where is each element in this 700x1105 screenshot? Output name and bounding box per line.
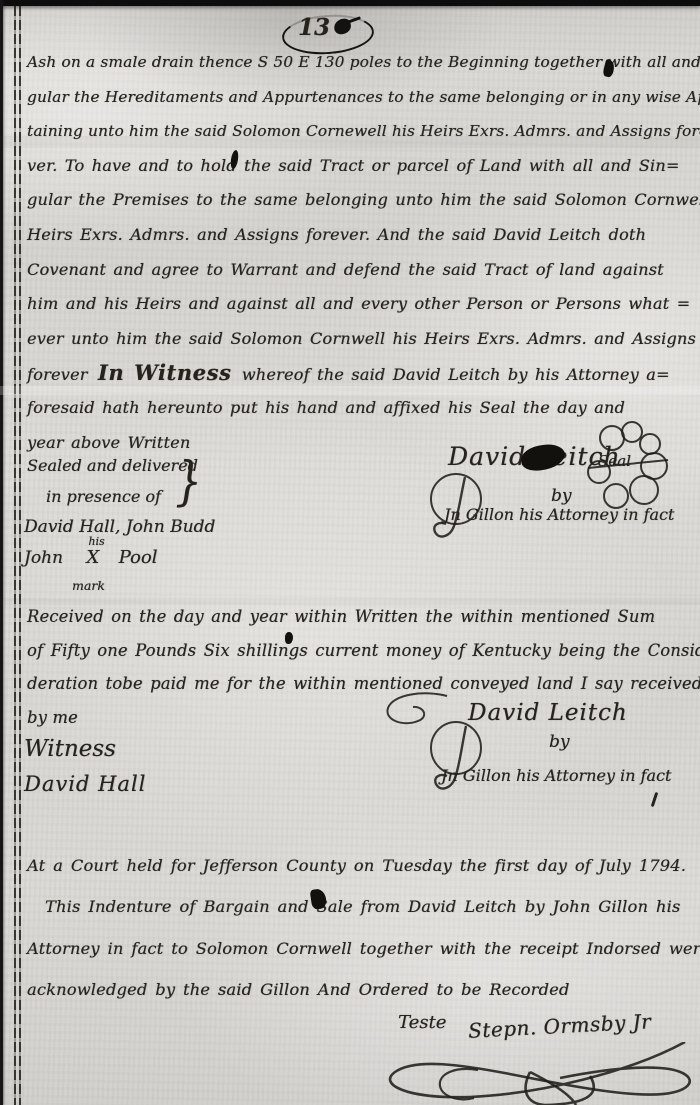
sealed-delivered-line: Sealed and delivered [27,456,198,475]
by-label: by [551,486,572,506]
deed-body-paragraph: Ash on a smale drain thence S 50 E 130 p… [27,45,695,460]
clerk-signature: Stepn. Ormsby Jr [467,1009,651,1043]
mark-word: mark [72,578,105,593]
deed-record-page: 13 Ash on a smale drain thence S 50 E 13… [0,0,700,1105]
by-label: by [549,732,570,752]
court-line: Attorney in fact to Solomon Cornwell tog… [27,928,692,969]
deed-line: taining unto him the said Solomon Cornew… [27,114,695,149]
witness-line-emphasis: In Witness [95,360,235,385]
receipt-line: Received on the day and year within Writ… [27,600,687,634]
presence-brace: } [175,452,201,512]
court-line: This Indenture of Bargain and Sale from … [27,886,692,927]
witness-line-pre: forever [27,365,95,384]
pen-stroke [651,792,658,807]
court-record-paragraph: At a Court held for Jefferson County on … [27,845,692,1011]
deed-line: Heirs Exrs. Admrs. and Assigns forever. … [27,218,695,253]
receipt-line: of Fifty one Pounds Six shillings curren… [27,634,687,668]
mark-first-name: John [24,548,63,568]
seal-label: Seal [598,452,631,470]
court-line: acknowledged by the said Gillon And Orde… [27,969,692,1010]
mark-signature-row: John his X Pool [24,547,157,568]
witness-line-post: whereof the said David Leitch by his Att… [234,365,669,384]
margin-rule-line [19,6,21,1105]
scan-edge-top [0,0,700,6]
seal-flourish: Seal [586,420,670,518]
attorney-signature-line: Jn Gillon his Attorney in fact [444,505,674,524]
deed-line: gular the Hereditaments and Appurtenance… [27,80,695,115]
court-line: At a Court held for Jefferson County on … [27,845,692,886]
clerk-signature-flourish [358,1042,700,1105]
deed-line-witness: forever In Witness whereof the said Davi… [27,356,695,391]
deed-line: him and his Heirs and against all and ev… [27,287,695,322]
mark-his-word: his [88,535,104,548]
attorney-signature-line: Jn Gillon his Attorney in fact [441,766,671,785]
scan-edge-left [0,0,3,1105]
in-presence-line: in presence of [46,487,161,506]
receipt-line: deration tobe paid me for the within men… [27,667,687,701]
attorney-initial-flourish [428,720,492,798]
witness-label: Witness [24,736,116,762]
deed-line: gular the Premises to the same belonging… [27,183,695,218]
deed-line: Covenant and agree to Warrant and defend… [27,253,695,288]
teste-label: Teste [398,1012,446,1033]
deed-line: ver. To have and to hold the said Tract … [27,149,695,184]
mark-x: X [86,547,99,568]
deed-line: Ash on a smale drain thence S 50 E 130 p… [27,45,695,80]
deed-line: ever unto him the said Solomon Cornwell … [27,322,695,357]
margin-rule-line [14,6,16,1105]
witness-names: David Hall, John Budd [24,517,215,537]
mark-last-name: Pool [119,547,158,568]
page-number: 13 [298,14,330,41]
witness-name-signature: David Hall [24,772,146,796]
